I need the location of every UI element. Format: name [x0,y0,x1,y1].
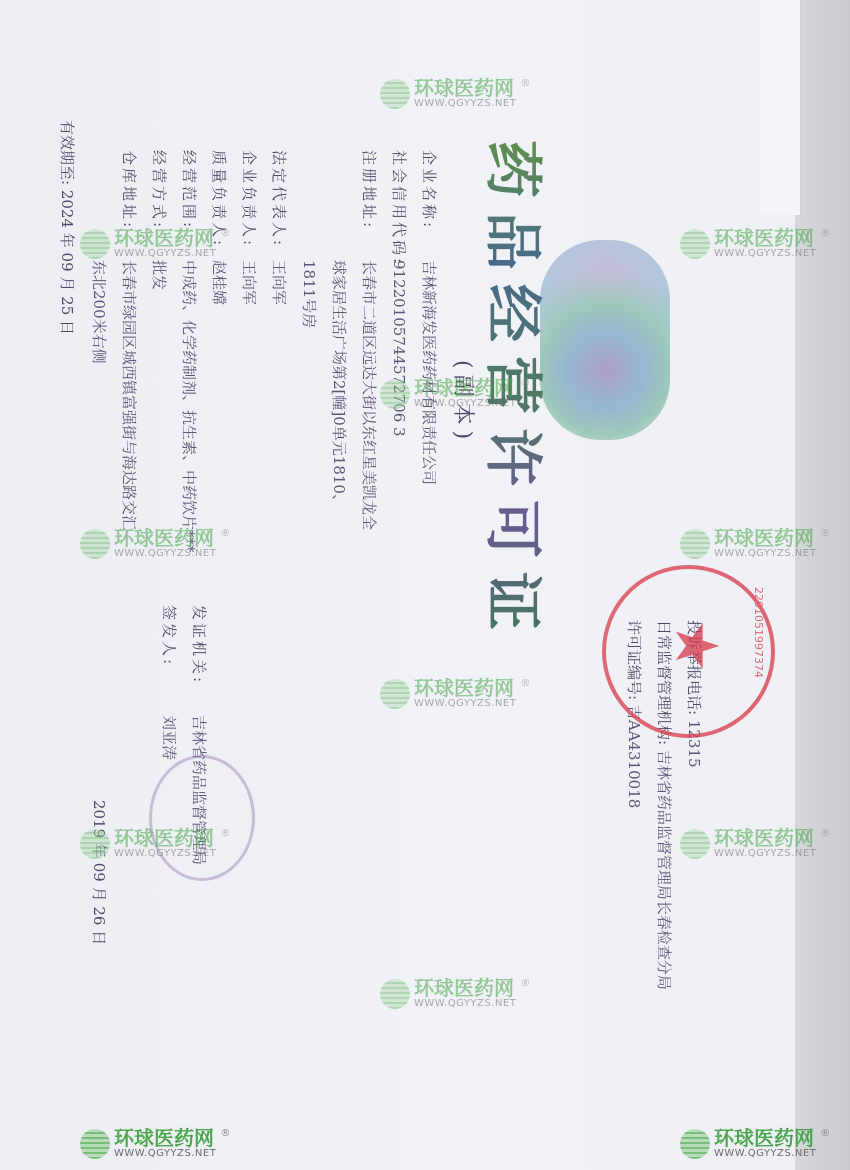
field-legal-rep: 法定代表人:王向军 [269,150,290,305]
globe-icon [380,979,410,1009]
field-warehouse-address: 仓库地址:长春市绿园区城西镇富强街与海达路交汇 [119,150,140,530]
watermark: 环球医药网WWW.QGYYZS.NET® [380,378,530,409]
watermark: 环球医药网WWW.QGYYZS.NET® [80,1128,230,1159]
globe-icon [380,379,410,409]
globe-icon [680,829,710,859]
field-registered-address-2: 球家居生活广场第2[幢]0单元1810、 [329,260,350,509]
globe-icon [380,679,410,709]
field-warehouse-address-2: 东北200米右侧 [89,260,110,364]
validity-date: 有效期至: 2024 年 09 月 25 日 [57,120,78,335]
official-red-seal: ★ 2201051997374 [602,565,775,738]
watermark: 环球医药网WWW.QGYYZS.NET® [80,528,230,559]
globe-icon [80,829,110,859]
watermark: 环球医药网WWW.QGYYZS.NET® [380,678,530,709]
official-purple-seal [149,755,255,881]
globe-icon [80,1129,110,1159]
globe-icon [680,1129,710,1159]
watermark: 环球医药网WWW.QGYYZS.NET® [80,828,230,859]
issue-date: 2019 年 09 月 26 日 [89,800,110,945]
watermark: 环球医药网WWW.QGYYZS.NET® [680,1128,830,1159]
globe-icon [80,529,110,559]
star-icon: ★ [661,619,731,673]
field-registered-address: 注册地址:长春市二道区远达大街以东红星美凯龙全 [359,150,380,530]
watermark: 环球医药网WWW.QGYYZS.NET® [680,828,830,859]
globe-icon [680,529,710,559]
globe-icon [80,229,110,259]
field-company-name: 企业名称:吉林新海发医药药材有限责任公司 [419,150,440,485]
globe-icon [680,229,710,259]
globe-icon [380,79,410,109]
field-registered-address-3: 1811号房 [299,260,320,328]
field-business-mode: 经营方式:批发 [149,150,170,290]
field-business-scope: 经营范围:中成药、化学药制剂、抗生素、中药饮片*** [179,150,200,553]
watermark: 环球医药网WWW.QGYYZS.NET® [80,228,230,259]
watermark: 环球医药网WWW.QGYYZS.NET® [380,78,530,109]
watermark: 环球医药网WWW.QGYYZS.NET® [680,228,830,259]
signer: 签发人:刘亚涛 [159,605,180,760]
watermark: 环球医药网WWW.QGYYZS.NET® [680,528,830,559]
field-company-head: 企业负责人:王向军 [239,150,260,305]
watermark: 环球医药网WWW.QGYYZS.NET® [380,978,530,1009]
